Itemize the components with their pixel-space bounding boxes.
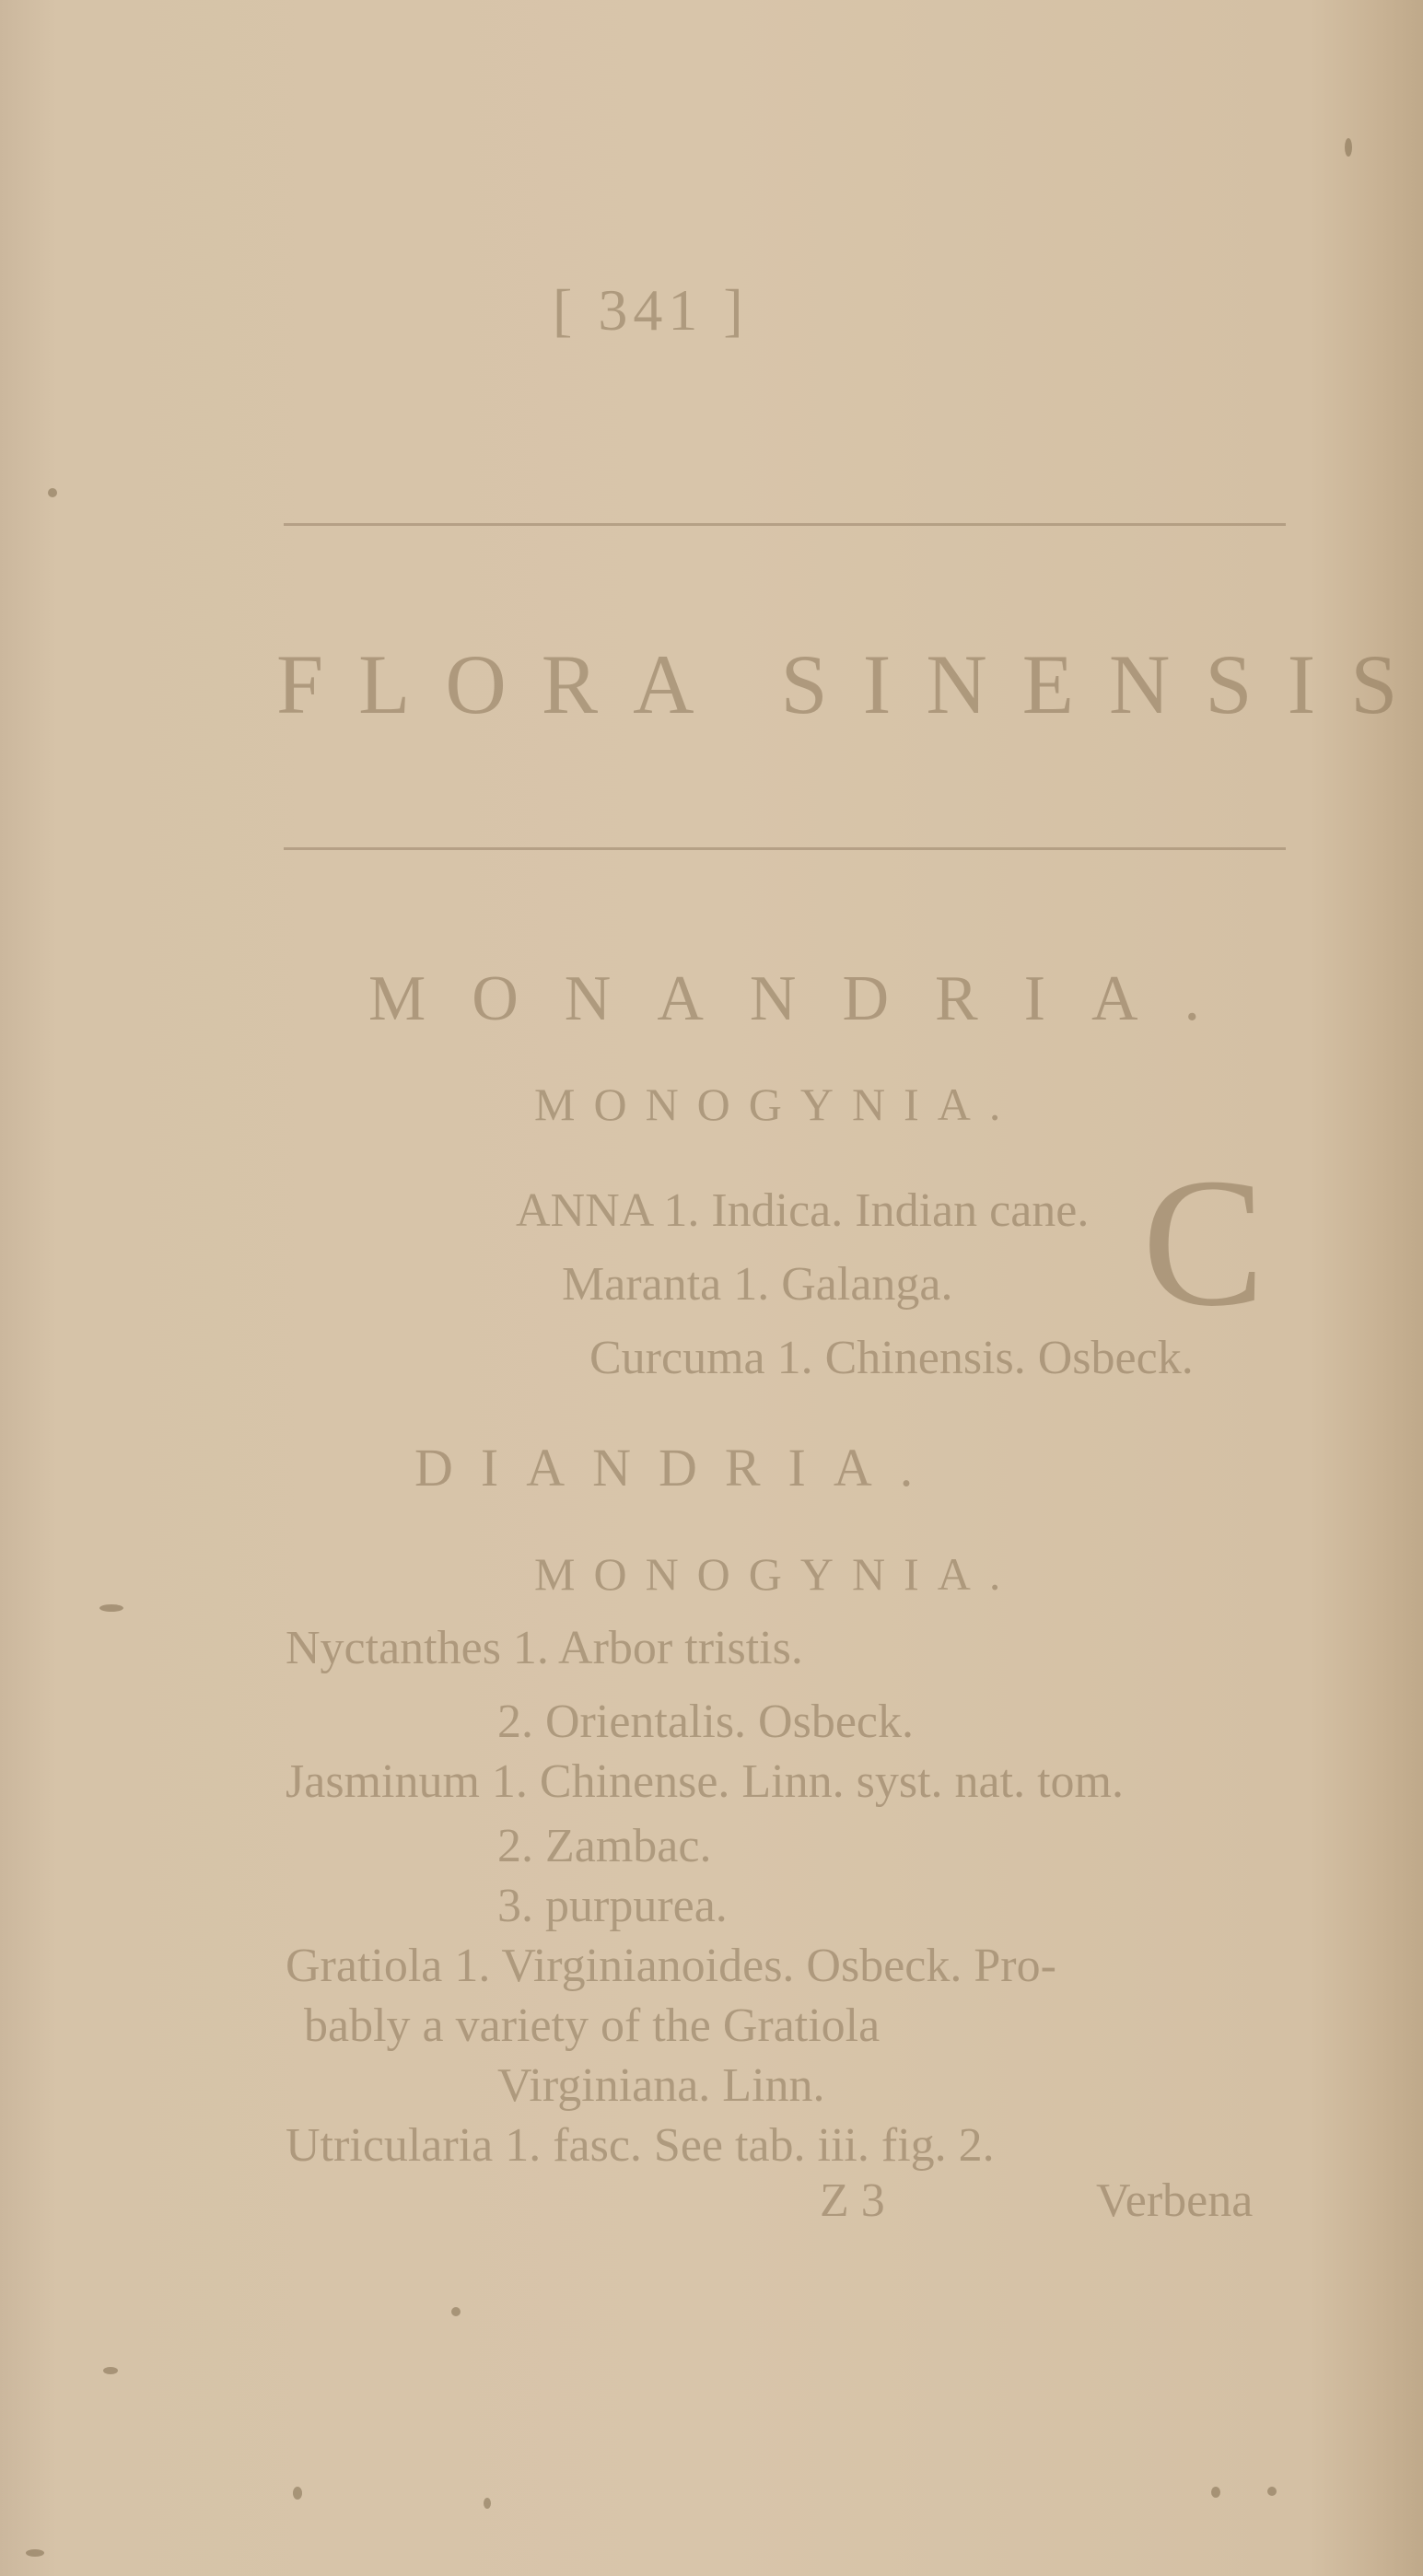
paper-speck xyxy=(1345,138,1352,157)
paper-speck xyxy=(293,2487,302,2500)
paper-speck xyxy=(1211,2487,1220,2498)
entry-line: bably a variety of the Gratiola xyxy=(304,1999,880,2053)
top-rule xyxy=(284,523,1286,526)
class-heading-monandria: MONANDRIA. xyxy=(368,962,1246,1036)
signature-mark: Z 3 xyxy=(820,2174,885,2228)
paper-speck xyxy=(99,1604,123,1612)
paper-speck xyxy=(103,2367,118,2374)
order-heading-monogynia-2: MONOGYNIA. xyxy=(534,1547,1019,1601)
paper-speck xyxy=(26,2549,44,2557)
paper-speck xyxy=(48,488,57,497)
paper-speck xyxy=(451,2307,461,2316)
entry-line: Utricularia 1. fasc. See tab. iii. fig. … xyxy=(286,2118,995,2173)
entry-line: Nyctanthes 1. Arbor tristis. xyxy=(286,1621,803,1675)
entry-line: Curcuma 1. Chinensis. Osbeck. xyxy=(589,1331,1194,1385)
paper-speck xyxy=(484,2498,491,2509)
title-rule xyxy=(284,847,1286,850)
catchword: Verbena xyxy=(1096,2174,1253,2228)
page-title: FLORA SINENSIS. xyxy=(276,635,1423,733)
entry-line: ANNA 1. Indica. Indian cane. xyxy=(516,1183,1089,1238)
entry-line: Jasminum 1. Chinense. Linn. syst. nat. t… xyxy=(286,1754,1124,1809)
entry-line: 2. Zambac. xyxy=(497,1819,711,1873)
entry-line: Gratiola 1. Virginianoides. Osbeck. Pro- xyxy=(286,1939,1056,1993)
book-page: [ 341 ] FLORA SINENSIS. MONANDRIA. MONOG… xyxy=(0,0,1423,2576)
entry-line: 2. Orientalis. Osbeck. xyxy=(497,1695,914,1749)
class-heading-diandria: DIANDRIA. xyxy=(414,1437,940,1498)
order-heading-monogynia: MONOGYNIA. xyxy=(534,1078,1019,1131)
page-number: [ 341 ] xyxy=(553,276,749,344)
entry-line: 3. purpurea. xyxy=(497,1879,728,1933)
paper-speck xyxy=(1267,2487,1277,2496)
drop-cap: C xyxy=(1142,1151,1265,1335)
entry-line: Virginiana. Linn. xyxy=(497,2058,825,2113)
entry-line: Maranta 1. Galanga. xyxy=(562,1257,952,1311)
